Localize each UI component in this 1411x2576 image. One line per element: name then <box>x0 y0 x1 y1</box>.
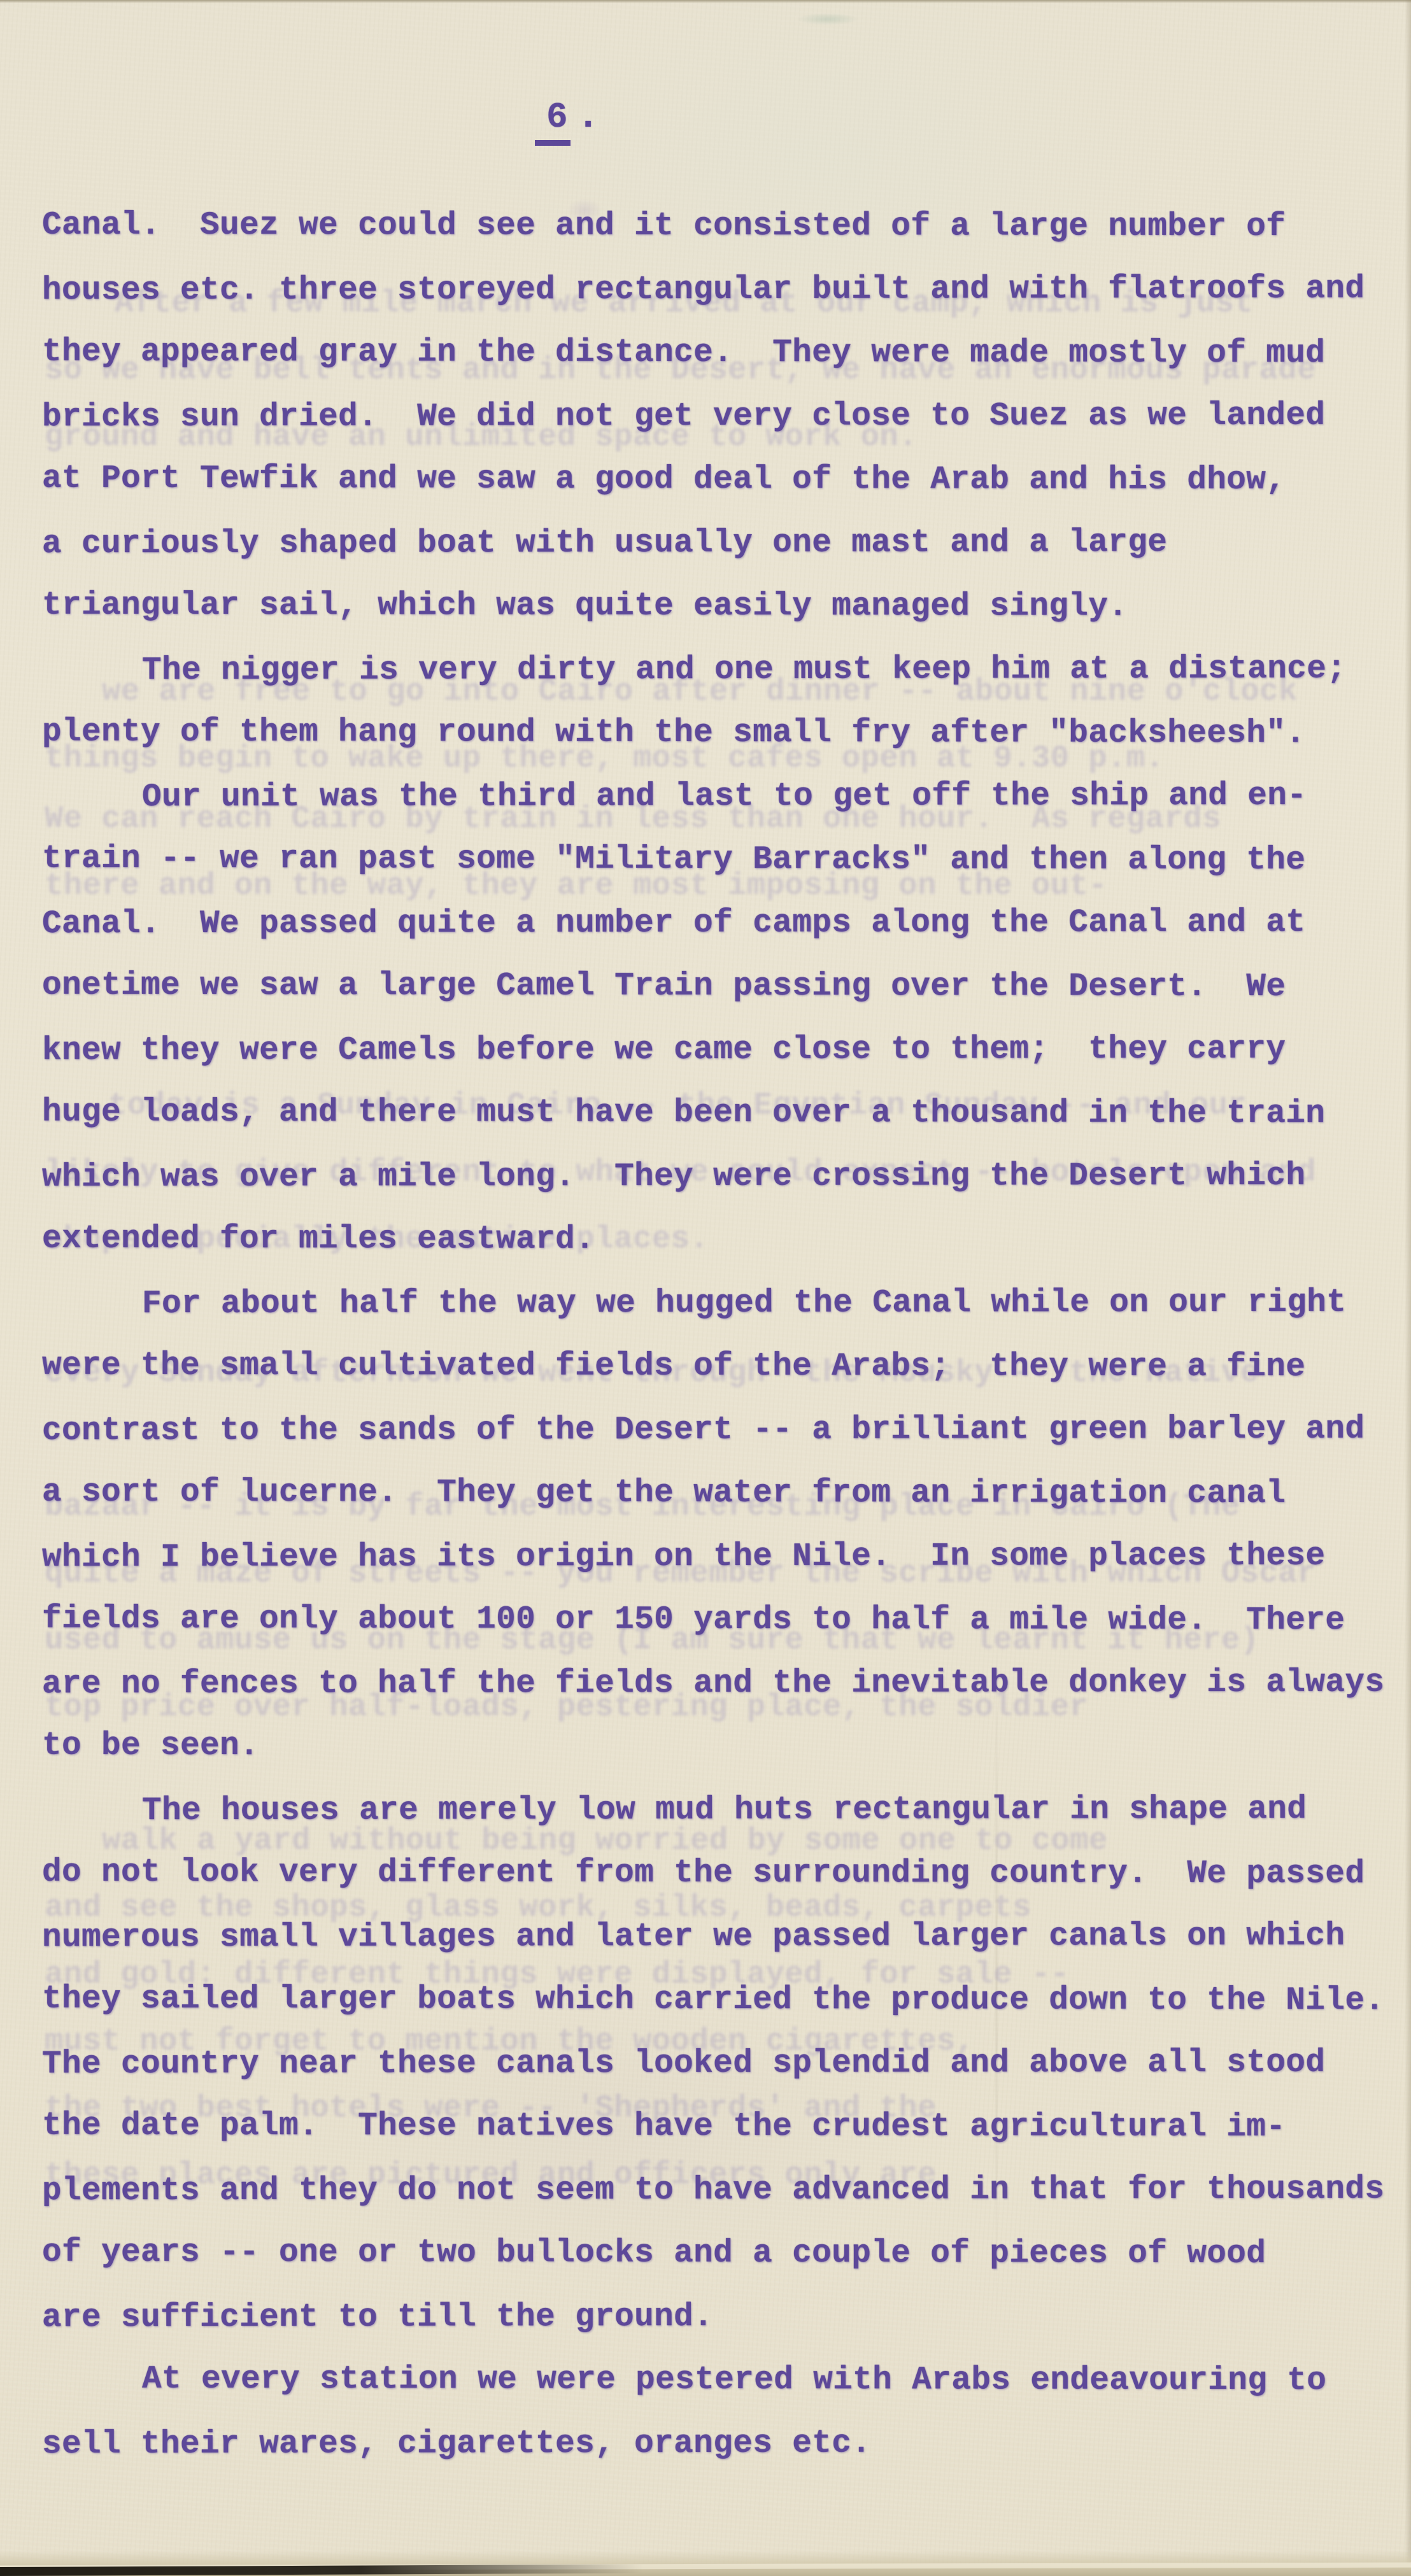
text-line: The country near these canals looked spl… <box>42 2031 1392 2096</box>
document-page: After a few mile march we arrived at our… <box>0 0 1411 2576</box>
page-number: 6. <box>535 96 600 146</box>
text-line: bricks sun dried. We did not get very cl… <box>42 384 1392 449</box>
typewritten-text: Canal. Suez we could see and it consiste… <box>42 195 1392 2475</box>
text-line: are sufficient to till the ground. <box>42 2284 1392 2349</box>
text-line: numerous small villages and later we pas… <box>42 1904 1392 1969</box>
text-line: are no fences to half the fields and the… <box>42 1651 1392 1716</box>
text-line: to be seen. <box>42 1715 1392 1780</box>
text-line: a sort of lucerne. They get the water fr… <box>42 1461 1392 1526</box>
text-line: which I believe has its origin on the Ni… <box>42 1524 1392 1589</box>
text-line: Canal. We passed quite a number of camps… <box>42 891 1392 956</box>
text-line: The nigger is very dirty and one must ke… <box>42 637 1392 702</box>
text-line: plements and they do not seem to have ad… <box>42 2158 1392 2223</box>
text-line: the date palm. These natives have the cr… <box>42 2095 1392 2160</box>
text-line: knew they were Camels before we came clo… <box>42 1017 1392 1082</box>
page-top-edge <box>0 0 1411 3</box>
text-line: At every station we were pestered with A… <box>42 2348 1392 2413</box>
page-number-period: . <box>577 96 600 139</box>
text-line: The houses are merely low mud huts recta… <box>42 1778 1392 1843</box>
text-line: contrast to the sands of the Desert -- a… <box>42 1398 1392 1462</box>
text-line: do not look very different from the surr… <box>42 1841 1392 1906</box>
page-number-value: 6 <box>535 97 571 146</box>
text-line: of years -- one or two bullocks and a co… <box>42 2221 1392 2286</box>
text-line: plenty of them hang round with the small… <box>42 701 1392 766</box>
text-line: which was over a mile long. They were cr… <box>42 1144 1392 1209</box>
text-line: were the small cultivated fields of the … <box>42 1334 1392 1399</box>
text-line: fields are only about 100 or 150 yards t… <box>42 1588 1392 1653</box>
text-line: they appeared gray in the distance. They… <box>42 321 1392 386</box>
text-line: train -- we ran past some "Military Barr… <box>42 828 1392 893</box>
text-line: at Port Tewfik and we saw a good deal of… <box>42 448 1392 513</box>
text-line: huge loads, and there must have been ove… <box>42 1081 1392 1146</box>
text-line: Our unit was the third and last to get o… <box>42 764 1392 829</box>
text-line: houses etc. three storeyed rectangular b… <box>42 257 1392 322</box>
page-right-edge <box>1405 0 1411 2576</box>
text-line: a curiously shaped boat with usually one… <box>42 511 1392 576</box>
text-line: they sailed larger boats which carried t… <box>42 1968 1392 2033</box>
text-line: extended for miles eastward. <box>42 1208 1392 1273</box>
text-line: triangular sail, which was quite easily … <box>42 574 1392 639</box>
text-line: sell their wares, cigarettes, oranges et… <box>42 2411 1392 2476</box>
text-line: onetime we saw a large Camel Train passi… <box>42 954 1392 1019</box>
text-line: Canal. Suez we could see and it consiste… <box>42 194 1392 259</box>
text-line: For about half the way we hugged the Can… <box>42 1271 1392 1336</box>
